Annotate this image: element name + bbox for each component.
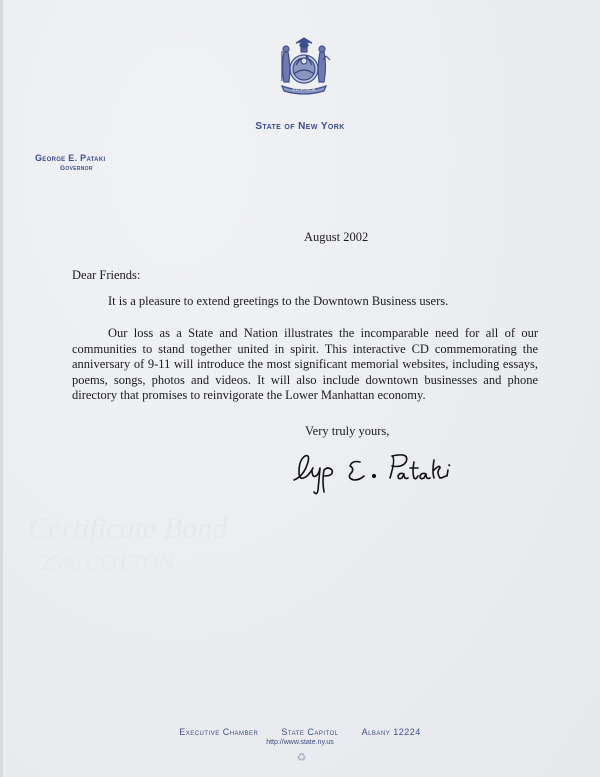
closing: Very truly yours, xyxy=(305,424,389,439)
new-york-state-seal-icon: EXCELSIOR xyxy=(272,34,336,98)
governor-title: Governor xyxy=(60,165,93,172)
recycle-icon: ♻ xyxy=(295,751,308,764)
letter-page: EXCELSIOR State of New York George E. Pa… xyxy=(0,0,600,777)
footer-url[interactable]: http://www.state.ny.us xyxy=(0,739,600,746)
salutation: Dear Friends: xyxy=(72,268,140,283)
governor-name: George E. Pataki xyxy=(35,153,105,163)
footer-address: Executive Chamber State Capitol Albany 1… xyxy=(0,727,600,737)
paper-watermark: Certificate Bond 25% COTTON xyxy=(28,512,227,580)
paragraph-greeting: It is a pleasure to extend greetings to … xyxy=(72,294,538,310)
paragraph-body: Our loss as a State and Nation illustrat… xyxy=(72,326,538,404)
state-title: State of New York xyxy=(0,121,600,132)
footer-item-state-capitol: State Capitol xyxy=(281,727,338,737)
letter-date: August 2002 xyxy=(304,230,368,245)
svg-text:EXCELSIOR: EXCELSIOR xyxy=(293,87,316,92)
footer-item-executive-chamber: Executive Chamber xyxy=(179,727,258,737)
handwritten-signature-icon xyxy=(290,448,455,496)
footer-item-albany: Albany 12224 xyxy=(362,727,421,737)
